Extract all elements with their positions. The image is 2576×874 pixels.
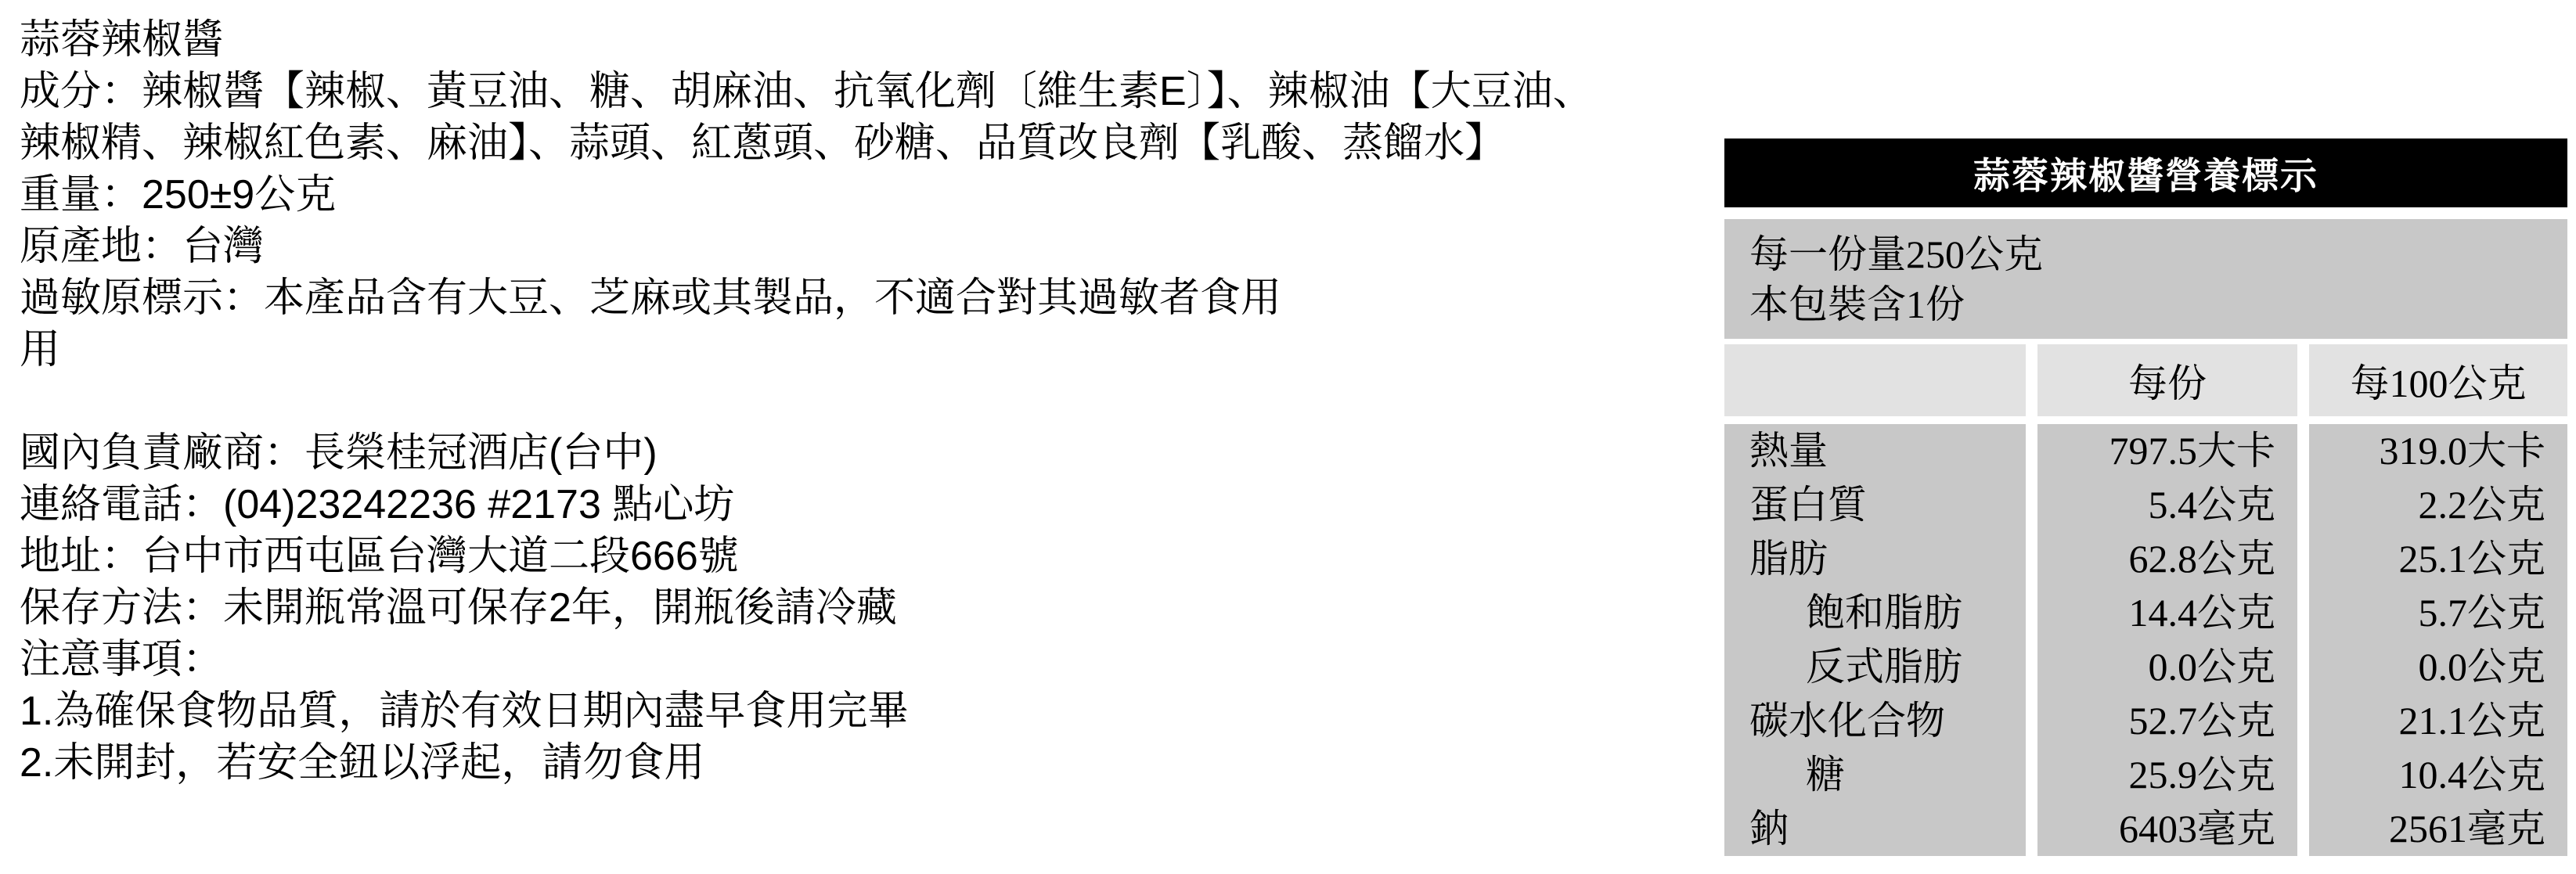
storage-line: 保存方法：未開瓶常溫可保存2年，開瓶後請冷藏 (20, 582, 1710, 634)
per-100g-protein: 2.2公克 (2309, 478, 2567, 532)
phone-line: 連絡電話：(04)23242236 #2173 點心坊 (20, 479, 1710, 531)
origin-line: 原產地：台灣 (20, 221, 1710, 272)
per-100g-sodium: 2561毫克 (2309, 802, 2567, 856)
row-label-calories: 熱量 (1724, 424, 2026, 478)
servings-per-package-line: 本包裝含1份 (1749, 279, 2567, 329)
product-title-line: 蒜蓉辣椒醬 (20, 14, 1710, 66)
page-canvas: 蒜蓉辣椒醬 成分：辣椒醬【辣椒、黃豆油、糖、胡麻油、抗氧化劑〔維生素E〕】、辣椒… (0, 0, 2576, 874)
header-per-100g-cell: 每100公克 (2309, 344, 2567, 416)
per-serving-saturated-fat: 14.4公克 (2037, 586, 2297, 640)
per-100g-calories: 319.0大卡 (2309, 424, 2567, 478)
ingredients-line-1: 成分：辣椒醬【辣椒、黃豆油、糖、胡麻油、抗氧化劑〔維生素E〕】、辣椒油【大豆油、 (20, 66, 1710, 117)
nutrition-table: 蒜蓉辣椒醬營養標示 每一份量250公克 本包裝含1份 每份 每100公克 熱量 … (1724, 138, 2567, 856)
per-100g-saturated-fat: 5.7公克 (2309, 586, 2567, 640)
header-empty-cell (1724, 344, 2026, 416)
distributor-line: 國內負責廠商：長榮桂冠酒店(台中) (20, 427, 1710, 479)
per-100g-fat: 25.1公克 (2309, 532, 2567, 586)
nutrition-labels-column: 熱量 蛋白質 脂肪 飽和脂肪 反式脂肪 碳水化合物 糖 鈉 (1724, 424, 2026, 856)
per-serving-trans-fat: 0.0公克 (2037, 640, 2297, 694)
blank-line (20, 376, 1710, 427)
per-serving-sugar: 25.9公克 (2037, 748, 2297, 802)
per-100g-carbohydrate: 21.1公克 (2309, 694, 2567, 748)
per-serving-carbohydrate: 52.7公克 (2037, 694, 2297, 748)
notes-heading-line: 注意事項： (20, 634, 1710, 685)
row-label-sodium: 鈉 (1724, 802, 2026, 856)
per-100g-column: 319.0大卡 2.2公克 25.1公克 5.7公克 0.0公克 21.1公克 … (2309, 424, 2567, 856)
ingredients-line-2: 辣椒精、辣椒紅色素、麻油】、蒜頭、紅蔥頭、砂糖、品質改良劑【乳酸、蒸餾水】 (20, 117, 1710, 169)
header-per-serving-cell: 每份 (2037, 344, 2297, 416)
nutrition-header-row: 每份 每100公克 (1724, 344, 2567, 416)
row-label-carbohydrate: 碳水化合物 (1724, 694, 2026, 748)
per-serving-sodium: 6403毫克 (2037, 802, 2297, 856)
note-2-line: 2.未開封，若安全鈕以浮起，請勿食用 (20, 737, 1710, 789)
per-serving-fat: 62.8公克 (2037, 532, 2297, 586)
row-label-trans-fat: 反式脂肪 (1724, 640, 2026, 694)
serving-info-block: 每一份量250公克 本包裝含1份 (1724, 219, 2567, 339)
allergen-line-1: 過敏原標示：本產品含有大豆、芝麻或其製品，不適合對其過敏者食用 (20, 272, 1710, 324)
per-serving-column: 797.5大卡 5.4公克 62.8公克 14.4公克 0.0公克 52.7公克… (2037, 424, 2297, 856)
address-line: 地址：台中市西屯區台灣大道二段666號 (20, 531, 1710, 582)
per-serving-calories: 797.5大卡 (2037, 424, 2297, 478)
row-label-fat: 脂肪 (1724, 532, 2026, 586)
allergen-line-2: 用 (20, 324, 1710, 376)
nutrition-data-grid: 熱量 蛋白質 脂肪 飽和脂肪 反式脂肪 碳水化合物 糖 鈉 797.5大卡 5.… (1724, 424, 2567, 856)
per-serving-protein: 5.4公克 (2037, 478, 2297, 532)
row-label-saturated-fat: 飽和脂肪 (1724, 586, 2026, 640)
row-label-protein: 蛋白質 (1724, 478, 2026, 532)
note-1-line: 1.為確保食物品質，請於有效日期內盡早食用完畢 (20, 685, 1710, 737)
product-description: 蒜蓉辣椒醬 成分：辣椒醬【辣椒、黃豆油、糖、胡麻油、抗氧化劑〔維生素E〕】、辣椒… (20, 14, 1710, 789)
per-100g-trans-fat: 0.0公克 (2309, 640, 2567, 694)
per-100g-sugar: 10.4公克 (2309, 748, 2567, 802)
row-label-sugar: 糖 (1724, 748, 2026, 802)
nutrition-table-title: 蒜蓉辣椒醬營養標示 (1724, 138, 2567, 207)
weight-line: 重量：250±9公克 (20, 169, 1710, 221)
serving-size-line: 每一份量250公克 (1749, 229, 2567, 279)
